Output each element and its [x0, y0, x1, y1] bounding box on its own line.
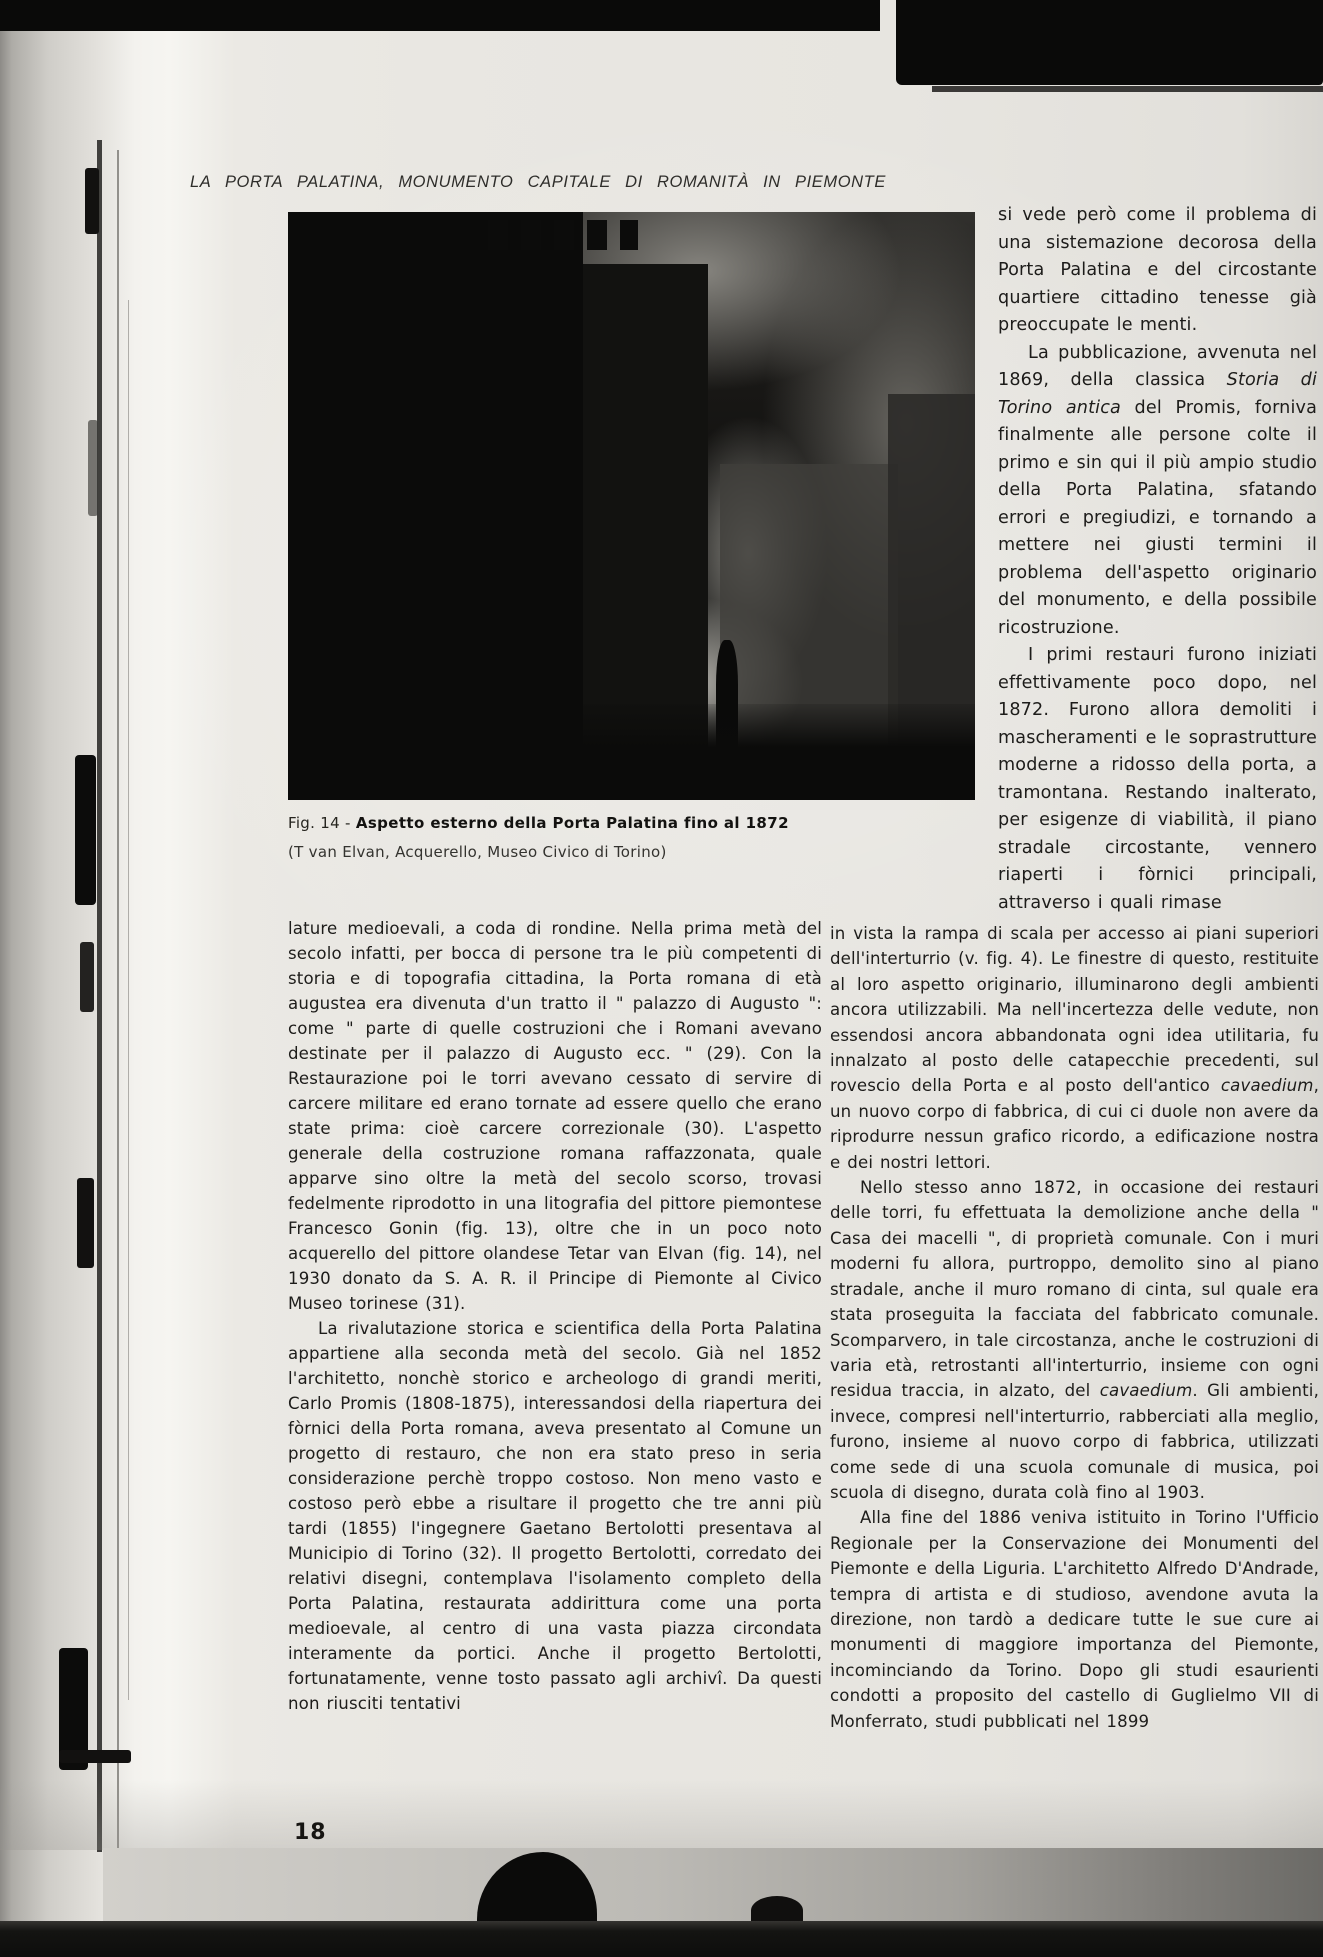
- figure-caption-credit: (T van Elvan, Acquerello, Museo Civico d…: [288, 843, 848, 861]
- scan-left-streak-line: [97, 140, 102, 1852]
- paragraph: Nello stesso anno 1872, in occasione dei…: [830, 1175, 1319, 1505]
- scan-left-mark-4: [80, 942, 94, 1012]
- paragraph: lature medioevali, a coda di rondine. Ne…: [288, 916, 822, 1316]
- scan-left-streak-thin: [117, 150, 119, 1850]
- scan-left-mark-7: [59, 1750, 131, 1763]
- figure-14-image: [288, 212, 975, 800]
- right-column-bottom-text: in vista la rampa di scala per accesso a…: [830, 921, 1319, 1793]
- scan-left-mark-2: [88, 420, 98, 516]
- paragraph: La pubblicazione, avvenuta nel 1869, del…: [998, 340, 1317, 643]
- page-title: LA PORTA PALATINA, MONUMENTO CAPITALE DI…: [190, 173, 830, 192]
- scan-bottom-band: [0, 1921, 1323, 1957]
- paragraph: si vede però come il problema di una sis…: [998, 202, 1317, 340]
- scanned-page: LA PORTA PALATINA, MONUMENTO CAPITALE DI…: [0, 0, 1323, 1957]
- scan-left-mark-5: [77, 1178, 94, 1268]
- paragraph: I primi restauri furono iniziati effetti…: [998, 642, 1317, 917]
- figure-caption-prefix: Fig. 14 -: [288, 814, 356, 832]
- left-column-text: lature medioevali, a coda di rondine. Ne…: [288, 916, 822, 1776]
- scan-top-bar: [0, 0, 880, 31]
- right-column-top-text: si vede però come il problema di una sis…: [998, 202, 1317, 926]
- photo-bottom-shadow: [288, 704, 975, 800]
- scan-top-right-block: [896, 0, 1323, 85]
- figure-caption-title: Aspetto esterno della Porta Palatina fin…: [356, 814, 789, 832]
- scan-bottom-strip: [103, 1848, 1323, 1924]
- scan-top-right-line: [932, 86, 1323, 92]
- figure-caption: Fig. 14 - Aspetto esterno della Porta Pa…: [288, 814, 848, 832]
- scan-left-streak-faint: [128, 300, 129, 1700]
- scan-left-mark-3: [75, 755, 96, 905]
- scan-left-mark-1: [85, 168, 99, 234]
- tower-crenellation: [488, 220, 638, 250]
- paragraph: Alla fine del 1886 veniva istituito in T…: [830, 1505, 1319, 1734]
- page-number: 18: [294, 1820, 327, 1845]
- paragraph: in vista la rampa di scala per accesso a…: [830, 921, 1319, 1175]
- paragraph: La rivalutazione storica e scientifica d…: [288, 1316, 822, 1716]
